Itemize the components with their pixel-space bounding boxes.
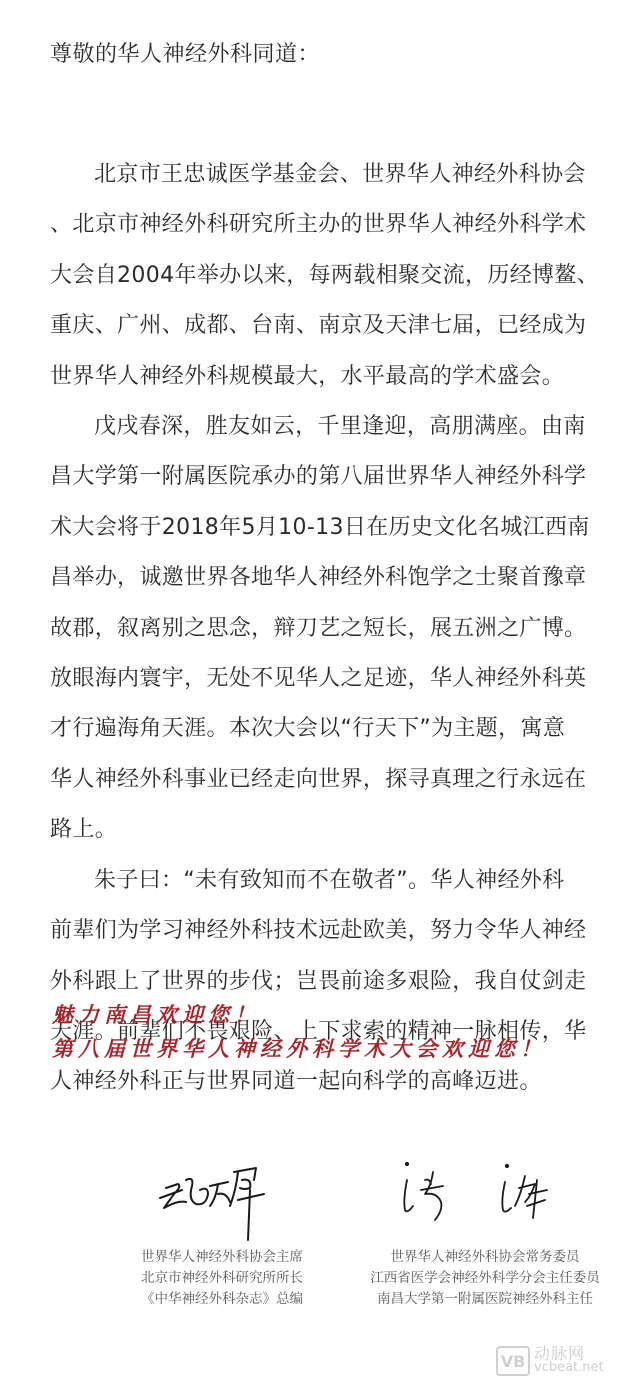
paragraph-2: 戊戌春深，胜友如云，千里逢迎，高朋满座。由南 昌大学第一附属医院承办的第八届世界…: [50, 402, 602, 856]
letter-body: 北京市王忠诚医学基金会、世界华人神经外科协会 、北京市神经外科研究所主办的世界华…: [50, 150, 602, 1108]
welcome-message: 魅力南昌欢迎您！ 第八届世界华人神经外科学术大会欢迎您！: [52, 998, 546, 1066]
title-line: 世界华人神经外科协会主席: [132, 1247, 312, 1268]
handwritten-signature-icon: [152, 1150, 292, 1245]
welcome-line-2: 第八届世界华人神经外科学术大会欢迎您！: [52, 1032, 546, 1066]
signatory-right: 世界华人神经外科协会常务委员 江西省医学会神经外科学分会主任委员 南昌大学第一附…: [345, 1150, 625, 1310]
text-line: 华人神经外科事业已经走向世界，探寻真理之行永远在: [50, 755, 602, 805]
vcbeat-logo-icon: VB: [496, 1346, 530, 1376]
text-line: 戊戌春深，胜友如云，千里逢迎，高朋满座。由南: [50, 402, 602, 452]
text-line: 昌举办，诚邀世界各地华人神经外科饱学之士聚首豫章: [50, 553, 602, 603]
title-line: 世界华人神经外科协会常务委员: [345, 1247, 625, 1268]
text-line: 前辈们为学习神经外科技术远赴欧美，努力令华人神经: [50, 906, 602, 956]
title-line: 北京市神经外科研究所所长: [132, 1268, 312, 1289]
title-line: 江西省医学会神经外科学分会主任委员: [345, 1268, 625, 1289]
salutation: 尊敬的华人神经外科同道：: [50, 36, 320, 74]
title-line: 南昌大学第一附属医院神经外科主任: [345, 1289, 625, 1310]
watermark-en: vcbeat.net: [534, 1361, 604, 1375]
signatory-left: 世界华人神经外科协会主席 北京市神经外科研究所所长 《中华神经外科杂志》总编: [132, 1150, 312, 1310]
text-line: 放眼海内寰宇，无处不见华人之足迹，华人神经外科英: [50, 654, 602, 704]
vcbeat-watermark: VB 动脉网 vcbeat.net: [496, 1343, 636, 1379]
text-line: 大会自2004年举办以来，每两载相聚交流，历经博鳌、: [50, 251, 602, 301]
text-line: 昌大学第一附属医院承办的第八届世界华人神经外科学: [50, 452, 602, 502]
paragraph-3: 朱子曰：“未有致知而不在敬者”。华人神经外科 前辈们为学习神经外科技术远赴欧美，…: [50, 856, 602, 1108]
text-line: 、北京市神经外科研究所主办的世界华人神经外科学术: [50, 200, 602, 250]
handwritten-signature-icon: [385, 1150, 585, 1245]
text-line: 重庆、广州、成都、台南、南京及天津七届，已经成为: [50, 301, 602, 351]
signatory-left-titles: 世界华人神经外科协会主席 北京市神经外科研究所所长 《中华神经外科杂志》总编: [132, 1247, 312, 1310]
watermark-text: 动脉网 vcbeat.net: [534, 1347, 604, 1375]
text-line: 世界华人神经外科规模最大，水平最高的学术盛会。: [50, 352, 602, 402]
text-line: 才行遍海角天涯。本次大会以“行天下”为主题，寓意: [50, 704, 602, 754]
paragraph-1: 北京市王忠诚医学基金会、世界华人神经外科协会 、北京市神经外科研究所主办的世界华…: [50, 150, 602, 402]
welcome-line-1: 魅力南昌欢迎您！: [52, 998, 546, 1032]
text-line: 朱子曰：“未有致知而不在敬者”。华人神经外科: [50, 856, 602, 906]
signatory-right-titles: 世界华人神经外科协会常务委员 江西省医学会神经外科学分会主任委员 南昌大学第一附…: [345, 1247, 625, 1310]
text-line: 北京市王忠诚医学基金会、世界华人神经外科协会: [50, 150, 602, 200]
title-line: 《中华神经外科杂志》总编: [132, 1289, 312, 1310]
text-line: 路上。: [50, 805, 602, 855]
watermark-cn: 动脉网: [534, 1347, 604, 1361]
text-line: 故郡，叙离别之思念，辩刀艺之短长，展五洲之广博。: [50, 604, 602, 654]
text-line: 术大会将于2018年5月10-13日在历史文化名城江西南: [50, 503, 602, 553]
